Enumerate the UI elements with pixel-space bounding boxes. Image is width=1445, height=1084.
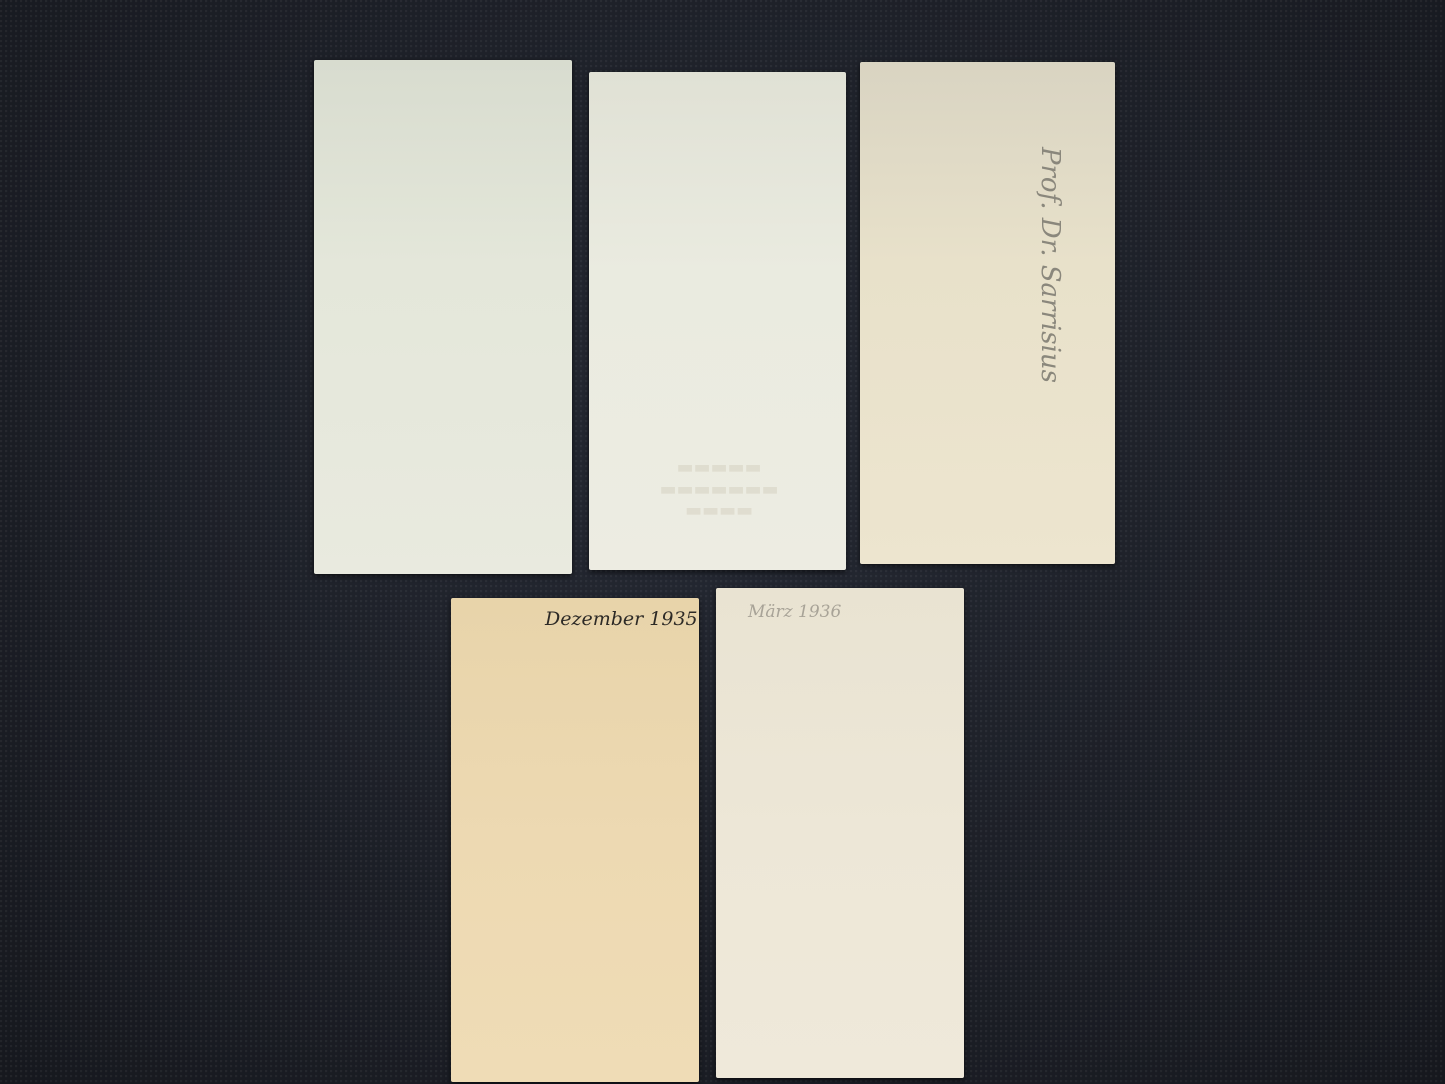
paper-sheet-5: März 1936 (716, 588, 964, 1078)
handwritten-date: Dezember 1935 (545, 608, 698, 630)
bleed-through-text: ▬▬▬▬▬▬▬▬▬▬▬▬▬▬▬▬ (609, 457, 829, 522)
paper-sheet-3: Prof. Dr. Sarrisius (860, 62, 1115, 564)
paper-sheet-4: Dezember 1935 (451, 598, 699, 1082)
paper-sheet-2: ▬▬▬▬▬▬▬▬▬▬▬▬▬▬▬▬ (589, 72, 846, 570)
handwritten-date: März 1936 (748, 602, 841, 622)
paper-sheet-1 (314, 60, 572, 574)
handwritten-annotation: Prof. Dr. Sarrisius (1035, 147, 1065, 407)
